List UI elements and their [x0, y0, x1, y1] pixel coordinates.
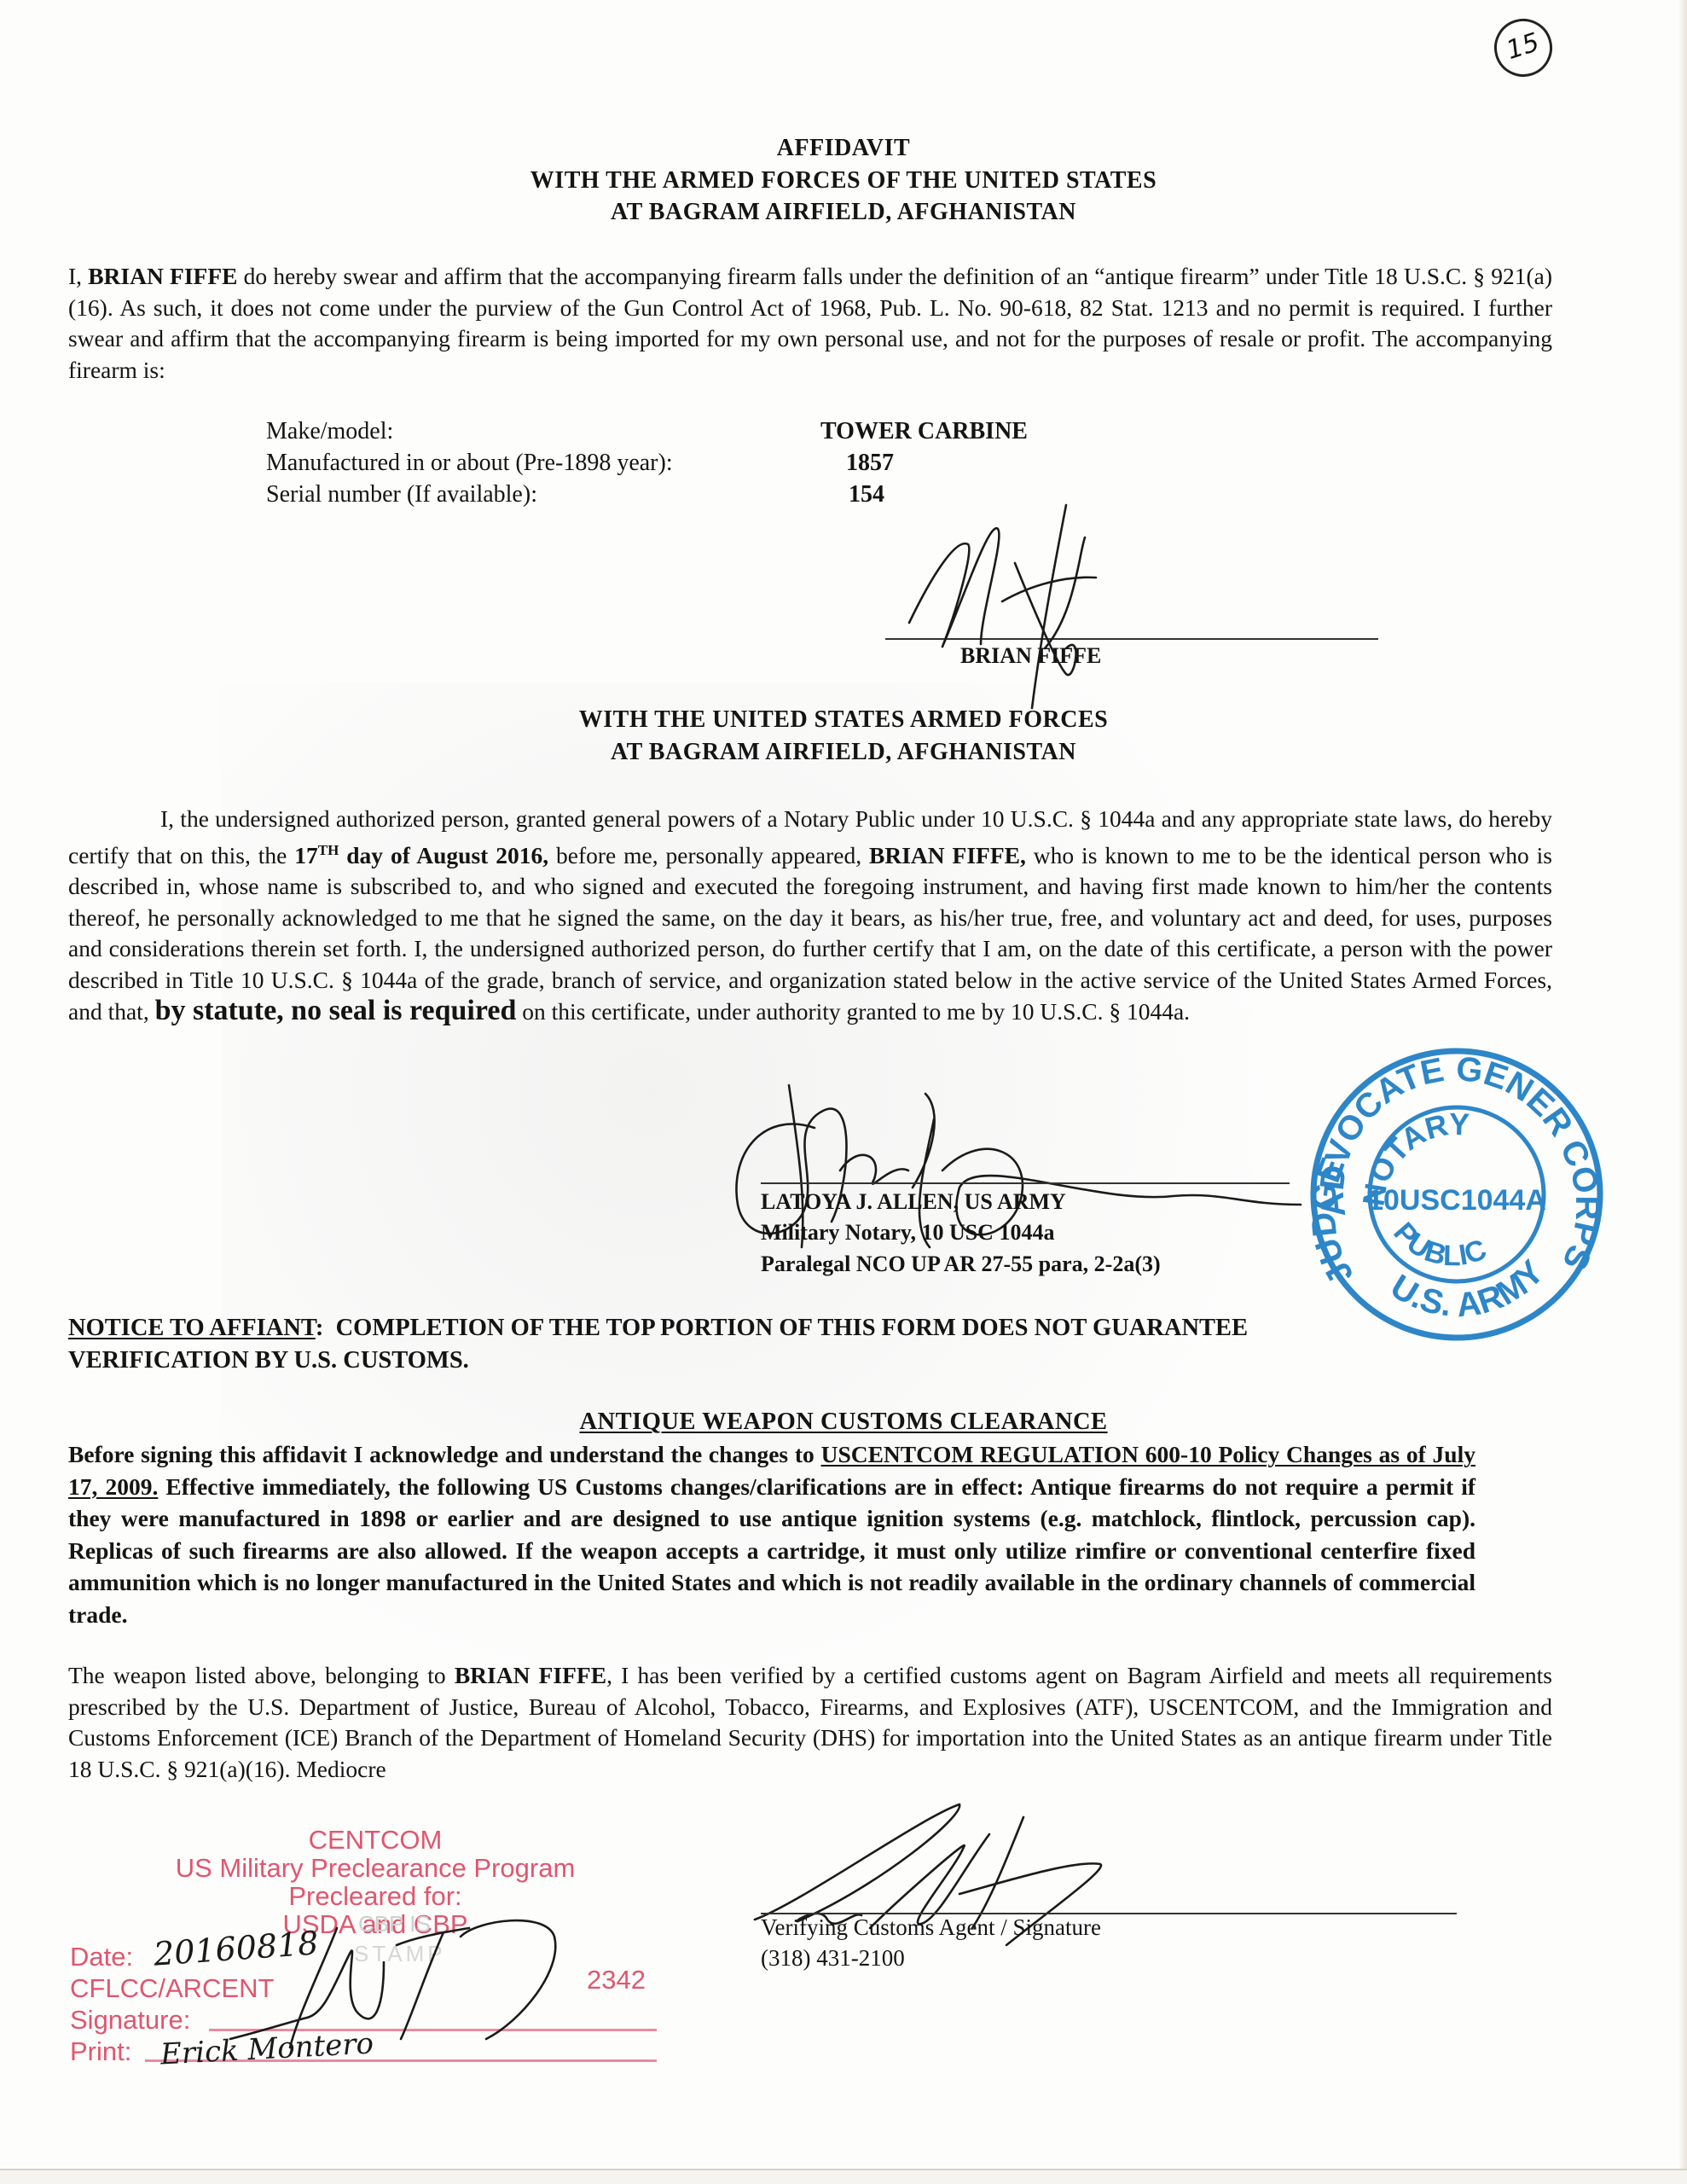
- field-value-serial-number: 154: [849, 481, 884, 508]
- affiant-name: BRIAN FIFFE: [88, 263, 237, 289]
- notary-day: 17: [294, 842, 318, 868]
- customs-agent-label: Verifying Customs Agent / Signature: [761, 1914, 1101, 1941]
- notary-signature-line: [761, 1182, 1290, 1184]
- stamp-line-program: US Military Preclearance Program: [128, 1854, 623, 1882]
- stamp-line-centcom: CENTCOM: [128, 1826, 623, 1854]
- svg-text:CORPS: CORPS: [1553, 1134, 1607, 1275]
- affidavit-intro-paragraph: I, BRIAN FIFFE do hereby swear and affir…: [68, 261, 1552, 386]
- appeared-name: BRIAN FIFFE,: [869, 842, 1026, 868]
- owner-name: BRIAN FIFFE: [455, 1662, 606, 1688]
- stamp-officer-signature: [213, 1911, 571, 2065]
- seal-statement: by statute, no seal is required: [155, 995, 517, 1026]
- notary-title: Military Notary, 10 USC 1044a: [761, 1220, 1054, 1246]
- affidavit-subtitle-1: WITH THE ARMED FORCES OF THE UNITED STAT…: [0, 167, 1687, 195]
- notary-authority: Paralegal NCO UP AR 27-55 para, 2-2a(3): [761, 1252, 1161, 1277]
- page-number-text: 15: [1503, 27, 1543, 66]
- notary-date: day of August 2016,: [339, 842, 548, 868]
- customs-agent-phone: (318) 431-2100: [761, 1945, 905, 1972]
- clearance-paragraph: Before signing this affidavit I acknowle…: [68, 1438, 1475, 1630]
- page-bottom-edge: [0, 2169, 1687, 2184]
- stamp-print-label: Print:: [70, 2036, 131, 2067]
- field-value-make-model: TOWER CARBINE: [820, 418, 1028, 445]
- verification-paragraph: The weapon listed above, belonging to BR…: [68, 1660, 1552, 1785]
- field-label-manufactured-year: Manufactured in or about (Pre-1898 year)…: [266, 450, 673, 477]
- notary-heading-1: WITH THE UNITED STATES ARMED FORCES: [0, 706, 1687, 734]
- stamp-line-precleared: Precleared for:: [128, 1882, 623, 1910]
- affidavit-subtitle-2: AT BAGRAM AIRFIELD, AFGHANISTAN: [0, 199, 1687, 226]
- field-label-make-model: Make/model:: [266, 418, 393, 445]
- page-number-mark: 15: [1487, 11, 1560, 84]
- notice-line-2: VERIFICATION BY U.S. CUSTOMS.: [68, 1347, 469, 1374]
- field-label-serial-number: Serial number (If available):: [266, 481, 537, 508]
- notary-name: LATOYA J. ALLEN, US ARMY: [761, 1189, 1066, 1215]
- stamp-signature-label: Signature:: [70, 2005, 190, 2036]
- stamp-number: 2342: [587, 1965, 646, 1995]
- svg-text:10USC1044A: 10USC1044A: [1367, 1184, 1546, 1217]
- notice-label: NOTICE TO AFFIANT: [68, 1315, 316, 1341]
- affidavit-title: AFFIDAVIT: [0, 135, 1687, 162]
- affiant-signature: [904, 503, 1211, 717]
- notary-certificate-paragraph: I, the undersigned authorized person, gr…: [68, 804, 1552, 1028]
- notary-seal: ADVOCATE GENERAL'S JUDGE CORPS U.S. ARMY…: [1303, 1045, 1610, 1352]
- clearance-heading: ANTIQUE WEAPON CUSTOMS CLEARANCE: [0, 1409, 1687, 1436]
- notary-heading-2: AT BAGRAM AIRFIELD, AFGHANISTAN: [0, 739, 1687, 766]
- stamp-date-label: Date:: [70, 1942, 133, 1972]
- notice-to-affiant: NOTICE TO AFFIANT: COMPLETION OF THE TOP…: [68, 1315, 1248, 1342]
- page-edge-shadow: [1678, 0, 1687, 2184]
- field-value-manufactured-year: 1857: [846, 450, 894, 477]
